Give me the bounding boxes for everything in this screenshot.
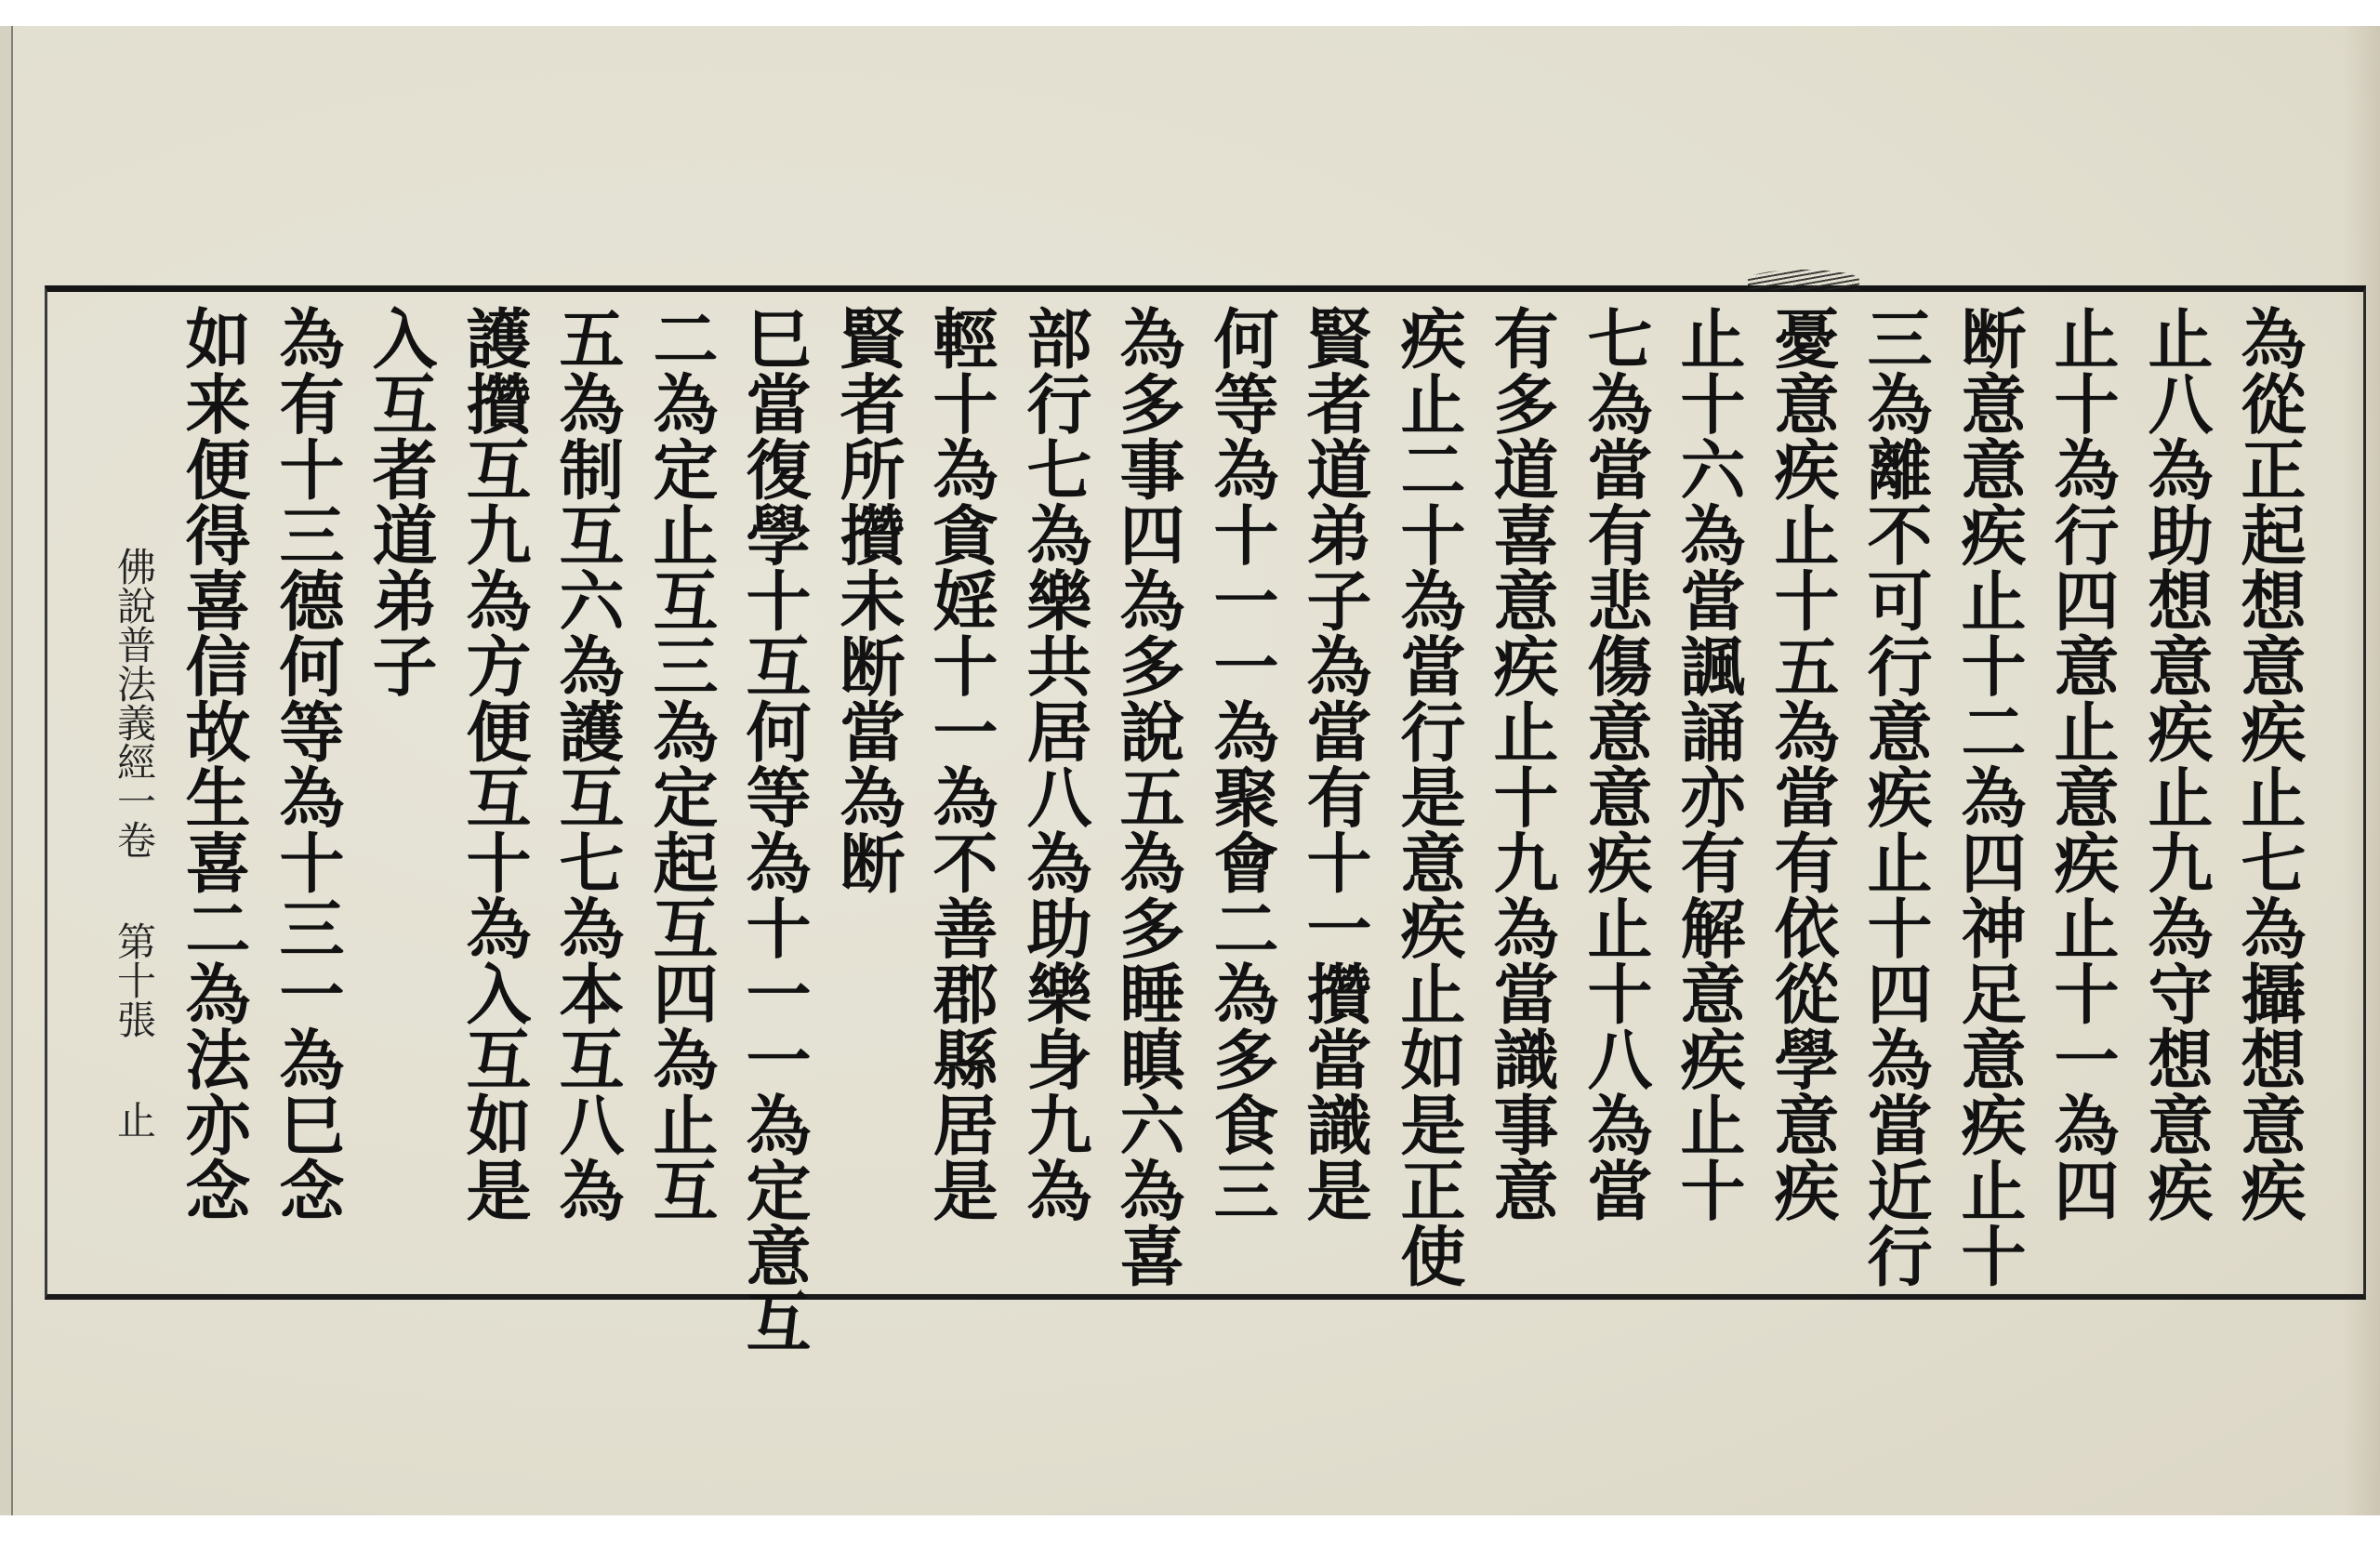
text-column-17: 巳當復學十互何等為十一一為定意互: [729, 305, 818, 1354]
colophon: 佛說普法義經一卷 第十張 止: [108, 547, 160, 1139]
text-column-22: 為有十三德何等為十三一為巳念: [262, 305, 351, 1223]
text-column-9: 有多道喜意疾止十九為當識事意: [1476, 305, 1566, 1223]
colophon-end-mark: 止: [108, 1100, 160, 1139]
text-column-15: 輕十為貪婬十一為不善郡縣居是: [916, 305, 1005, 1223]
text-column-3: 止十為行四意止意疾止十一為四: [2037, 305, 2126, 1223]
text-column-10: 疾止二十為當行是意疾止如是正使: [1383, 305, 1473, 1289]
text-column-5: 三為離不可行意疾止十四為當近行: [1850, 305, 1939, 1289]
text-column-8: 七為當有悲傷意意疾止十八為當: [1570, 305, 1659, 1223]
text-column-11: 賢者道弟子為當有十一攢當識是: [1289, 305, 1379, 1223]
colophon-page-number: 第十張: [108, 921, 160, 1038]
text-column-2: 止八為助想意疾止九為守想意疾: [2131, 305, 2220, 1223]
text-column-7: 止十六為當諷誦亦有解意疾止十: [1663, 305, 1752, 1223]
text-column-13: 為多事四為多說五為多睡瞋六為喜: [1103, 305, 1192, 1289]
text-column-14: 部行七為樂共居八為助樂身九為: [1010, 305, 1099, 1223]
text-column-1: 為從正起想意疾止七為攝想意疾: [2224, 305, 2313, 1223]
text-column-20: 護攢互九為方便互十為入互如是: [449, 305, 538, 1223]
text-column-12: 何等為十一一為聚會二為多食三: [1197, 305, 1286, 1223]
text-column-6: 憂意疾止十五為當有依從學意疾: [1757, 305, 1846, 1223]
text-column-18: 二為定止互三為定起互四為止互: [636, 305, 725, 1223]
text-column-4: 断意意疾止十二為四神足意疾止十: [1944, 305, 2033, 1289]
text-column-23: 如来便得喜信故生喜二為法亦念: [168, 305, 258, 1223]
text-column-21: 入互者道弟子: [355, 305, 444, 698]
scanned-page: 為從正起想意疾止七為攝想意疾 止八為助想意疾止九為守想意疾 止十為行四意止意疾止…: [0, 26, 2380, 1515]
ink-smudge: [1748, 270, 1859, 290]
text-column-16: 賢者所攢未断當為断: [823, 305, 912, 895]
binding-line: [11, 26, 13, 1515]
text-column-19: 五為制互六為護互七為本互八為: [542, 305, 631, 1223]
colophon-title: 佛說普法義經一卷: [108, 547, 160, 859]
